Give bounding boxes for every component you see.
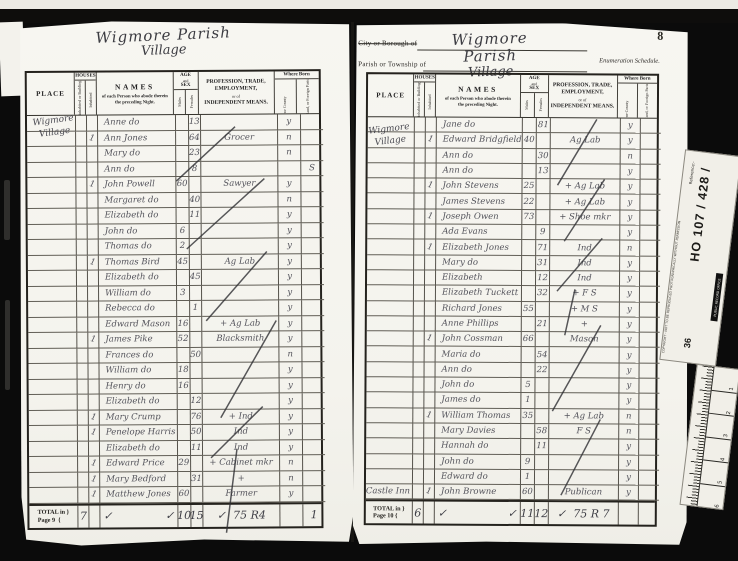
cell-prof: + Cabinet mkr bbox=[203, 455, 280, 471]
ruler-cell: 4 bbox=[703, 437, 731, 463]
handwritten-entry: n bbox=[286, 132, 292, 142]
handwritten-entry: Edward do bbox=[441, 472, 488, 482]
cell-place bbox=[28, 271, 77, 287]
cell-b2 bbox=[640, 317, 660, 332]
cell-place bbox=[367, 255, 414, 271]
cell-f bbox=[535, 470, 549, 485]
handwritten-entry: 40 bbox=[524, 135, 535, 145]
cell-b2 bbox=[301, 238, 324, 254]
cell-b1: y bbox=[279, 331, 302, 347]
cell-f bbox=[536, 195, 550, 210]
handwritten-entry: y bbox=[286, 117, 291, 127]
handwritten-entry: y bbox=[626, 457, 631, 467]
col-header-born-county: Whether Born in same County bbox=[617, 84, 637, 118]
handwritten-entry: 1 bbox=[89, 257, 97, 268]
col-header-born-foreign: Whether Born in Scotland, Ireland, or Fo… bbox=[297, 79, 319, 113]
cell-uninh bbox=[415, 163, 426, 178]
cell-inh: 1 bbox=[88, 333, 99, 349]
handwritten-entry: William do bbox=[105, 288, 151, 298]
cell-prof bbox=[202, 300, 279, 316]
cell-m bbox=[523, 149, 537, 164]
cell-f: 11 bbox=[535, 439, 549, 454]
handwritten-entry: Elizabeth do bbox=[106, 443, 160, 453]
total-check: ✓ bbox=[165, 509, 174, 522]
cell-b2 bbox=[640, 348, 660, 363]
cell-m bbox=[523, 118, 537, 133]
cell-b1: n bbox=[620, 241, 640, 256]
cell-m bbox=[522, 256, 536, 271]
census-table: PLACE HOUSES Uninhabited or Building Inh… bbox=[25, 69, 324, 529]
cell-uninh bbox=[414, 179, 425, 194]
cell-uninh bbox=[78, 395, 89, 411]
handwritten-entry: 21 bbox=[537, 319, 548, 329]
cell-inh bbox=[89, 395, 100, 411]
cell-b2 bbox=[301, 254, 324, 270]
handwritten-entry: 66 bbox=[523, 334, 534, 344]
cell-b2 bbox=[301, 269, 324, 285]
handwritten-entry: Ann do bbox=[104, 164, 134, 174]
census-page-right: City or Borough of Parish or Township of… bbox=[353, 22, 690, 548]
cell-b1: y bbox=[620, 226, 640, 241]
cell-b1: n bbox=[280, 471, 303, 487]
cell-name: John Browne bbox=[435, 485, 521, 501]
handwritten-entry: 30 bbox=[538, 151, 549, 161]
handwritten-entry: y bbox=[627, 365, 632, 375]
cell-b2 bbox=[302, 378, 325, 394]
cell-place bbox=[28, 255, 77, 271]
cell-place bbox=[366, 408, 413, 424]
cell-name: Anne Phillips bbox=[436, 316, 522, 332]
cell-prof bbox=[202, 207, 279, 223]
cell-place bbox=[366, 469, 413, 485]
cell-b2 bbox=[640, 287, 660, 302]
handwritten-entry: James Pike bbox=[105, 334, 152, 344]
cell-uninh bbox=[77, 364, 88, 380]
handwritten-entry: y bbox=[627, 212, 632, 222]
cell-b2 bbox=[302, 440, 325, 456]
cell-inh bbox=[424, 393, 435, 408]
ruler-number: 2 bbox=[726, 410, 732, 414]
cell-f bbox=[535, 485, 549, 500]
cell-f bbox=[536, 210, 550, 225]
cell-uninh bbox=[414, 332, 425, 347]
cell-inh: 1 bbox=[88, 255, 99, 271]
cell-name: Ann do bbox=[437, 163, 523, 179]
cell-b1: y bbox=[280, 486, 303, 502]
cell-place bbox=[368, 148, 415, 164]
cell-prof bbox=[202, 362, 279, 378]
handwritten-entry: y bbox=[628, 121, 633, 131]
cell-inh bbox=[425, 255, 436, 270]
cell-name: Elizabeth bbox=[436, 271, 522, 287]
handwritten-entry: n bbox=[626, 411, 632, 421]
cell-name: Ann do bbox=[98, 162, 176, 178]
cell-name: Maria do bbox=[436, 347, 522, 363]
cell-uninh bbox=[414, 225, 425, 240]
total-born-foreign: 1 bbox=[303, 504, 326, 526]
cell-f: 58 bbox=[535, 424, 549, 439]
handwritten-entry: 9 bbox=[540, 227, 545, 237]
handwritten-entry: Farmer bbox=[225, 489, 257, 499]
cell-prof: F S bbox=[549, 424, 619, 440]
cell-place bbox=[366, 393, 413, 409]
cell-b2 bbox=[640, 333, 660, 348]
cell-m bbox=[176, 192, 189, 208]
total-check: ✓ bbox=[508, 507, 517, 520]
handwritten-entry: Sawyer bbox=[223, 179, 255, 189]
cell-b1: y bbox=[619, 455, 639, 470]
film-edge-artifact bbox=[5, 300, 10, 390]
cell-prof: Ind bbox=[550, 241, 620, 257]
cell-inh bbox=[88, 348, 99, 364]
handwritten-entry: y bbox=[287, 303, 292, 313]
handwritten-entry: Grocer bbox=[224, 132, 254, 142]
handwritten-entry: Margaret do bbox=[104, 195, 158, 205]
handwritten-entry: n bbox=[288, 473, 294, 483]
cell-f: 8 bbox=[189, 161, 202, 177]
cell-place bbox=[29, 457, 78, 473]
film-top-band bbox=[0, 9, 738, 23]
handwritten-entry: + Ag Lab bbox=[220, 318, 260, 328]
handwritten-entry: 23 bbox=[189, 148, 200, 158]
cell-m: 66 bbox=[522, 332, 536, 347]
cell-m bbox=[521, 424, 535, 439]
page-title-handwritten: Wigmore Parish Village bbox=[93, 24, 234, 62]
cell-b1: y bbox=[621, 164, 641, 179]
handwritten-entry: 1 bbox=[90, 458, 98, 469]
cell-place bbox=[28, 286, 77, 302]
cell-uninh bbox=[77, 240, 88, 256]
handwritten-entry: Ind bbox=[234, 442, 248, 452]
handwritten-entry: Ag Lab bbox=[225, 256, 255, 266]
cell-inh bbox=[425, 316, 436, 331]
cell-prof bbox=[551, 164, 621, 180]
handwritten-entry: Elizabeth do bbox=[105, 210, 159, 220]
cell-prof bbox=[549, 455, 619, 471]
handwritten-entry: n bbox=[287, 349, 293, 359]
handwritten-entry: James do bbox=[441, 395, 480, 405]
handwritten-entry: n bbox=[286, 148, 292, 158]
ruler-number: 3 bbox=[723, 434, 729, 438]
cell-prof bbox=[551, 149, 621, 165]
handwritten-entry: Mary Davies bbox=[441, 426, 495, 436]
cell-m: 9 bbox=[521, 455, 535, 470]
cell-name: Elizabeth do bbox=[100, 441, 178, 457]
cell-uninh bbox=[414, 255, 425, 270]
cell-place bbox=[367, 194, 414, 210]
handwritten-entry: John Cossman bbox=[442, 334, 503, 344]
cell-f bbox=[191, 487, 204, 503]
cell-prof bbox=[201, 161, 278, 177]
cell-name: Rebecca do bbox=[99, 301, 177, 317]
handwritten-entry: y bbox=[627, 228, 632, 238]
col-header-males: Males bbox=[521, 93, 535, 117]
handwritten-entry: Ind bbox=[577, 273, 591, 283]
handwritten-entry: Ann Jones bbox=[104, 133, 147, 143]
cell-f: 21 bbox=[536, 317, 550, 332]
handwritten-entry: 55 bbox=[523, 304, 534, 314]
handwritten-entry: y bbox=[288, 396, 293, 406]
cell-inh bbox=[426, 163, 437, 178]
cell-b1: y bbox=[279, 362, 302, 378]
cell-b2 bbox=[640, 272, 660, 287]
cell-inh: 1 bbox=[424, 408, 435, 423]
cell-b1: y bbox=[621, 119, 641, 134]
cell-f bbox=[189, 239, 202, 255]
handwritten-entry: John Browne bbox=[441, 487, 496, 497]
cell-b2 bbox=[302, 347, 325, 363]
handwritten-entry: Mary do bbox=[104, 149, 140, 159]
handwritten-entry: + Cabinet mkr bbox=[209, 458, 273, 468]
handwritten-entry: Anne do bbox=[104, 118, 139, 128]
cell-inh: 1 bbox=[89, 488, 100, 504]
cell-f: 40 bbox=[189, 192, 202, 208]
handwritten-entry: 40 bbox=[189, 195, 200, 205]
cell-inh: 1 bbox=[89, 457, 100, 473]
cell-place bbox=[28, 209, 77, 225]
handwritten-entry: Elizabeth Tuckett bbox=[442, 288, 518, 298]
handwritten-entry: Mary Bedford bbox=[106, 474, 166, 484]
cell-place bbox=[367, 285, 414, 301]
col-header-profession: PROFESSION, TRADE, EMPLOYMENT, or of IND… bbox=[548, 75, 617, 117]
handwritten-entry: Ag Lab bbox=[570, 136, 600, 146]
cell-place bbox=[28, 364, 77, 380]
col-header-uninhabited: Uninhabited or Building bbox=[75, 81, 86, 115]
cell-f bbox=[190, 316, 203, 332]
cell-name: Edward Mason bbox=[99, 317, 177, 333]
cell-b2 bbox=[640, 210, 660, 225]
cell-b1: n bbox=[278, 145, 301, 161]
cell-b2 bbox=[639, 440, 659, 455]
handwritten-entry: 73 bbox=[523, 212, 534, 222]
cell-b2 bbox=[640, 180, 660, 195]
cell-uninh bbox=[78, 488, 89, 504]
cell-m bbox=[522, 317, 536, 332]
cell-prof: + Ag Lab bbox=[202, 316, 279, 332]
cell-m bbox=[523, 164, 537, 179]
cell-uninh bbox=[78, 472, 89, 488]
cell-f: 50 bbox=[190, 425, 203, 441]
cell-name: Elizabeth Jones bbox=[436, 240, 522, 256]
total-label: TOTAL in } Page 10 { bbox=[366, 502, 413, 524]
handwritten-entry: 35 bbox=[522, 411, 533, 421]
cell-uninh bbox=[414, 270, 425, 285]
handwritten-entry: y bbox=[628, 167, 633, 177]
cell-b2 bbox=[639, 470, 659, 485]
cell-inh bbox=[424, 378, 435, 393]
cell-uninh bbox=[77, 302, 88, 318]
cell-b1: y bbox=[619, 486, 639, 501]
cell-m: 2 bbox=[177, 239, 190, 255]
cell-prof bbox=[201, 192, 278, 208]
cell-m bbox=[522, 225, 536, 240]
col-header-born-foreign: Whether Born in Scotland, Ireland, or Fo… bbox=[637, 84, 657, 118]
cell-inh bbox=[425, 347, 436, 362]
cell-b1: y bbox=[620, 317, 640, 332]
cell-f: 1 bbox=[190, 301, 203, 317]
cell-name: William do bbox=[99, 286, 177, 302]
cell-m: 45 bbox=[177, 254, 190, 270]
cell-uninh bbox=[77, 255, 88, 271]
cell-inh: 1 bbox=[424, 485, 435, 500]
cell-place bbox=[28, 224, 77, 240]
handwritten-entry: y bbox=[288, 442, 293, 452]
cell-m: 60 bbox=[176, 177, 189, 193]
cell-prof: Mason bbox=[550, 332, 620, 348]
handwritten-entry: John do bbox=[441, 380, 474, 390]
public-record-office-bar: PUBLIC RECORD OFFICE bbox=[710, 273, 723, 321]
cell-place bbox=[27, 147, 76, 163]
handwritten-entry: Elizabeth do bbox=[105, 272, 159, 282]
handwritten-entry: y bbox=[627, 258, 632, 268]
cell-f bbox=[536, 179, 550, 194]
cell-b1: n bbox=[621, 149, 641, 164]
cell-b1: y bbox=[619, 379, 639, 394]
cell-uninh bbox=[413, 485, 424, 500]
cell-b2 bbox=[639, 409, 659, 424]
cell-uninh bbox=[413, 408, 424, 423]
cell-prof: Publican bbox=[549, 485, 619, 501]
city-or-borough-label: City or Borough of bbox=[358, 39, 417, 47]
cell-place bbox=[367, 240, 414, 256]
cell-name: William do bbox=[99, 363, 177, 379]
handwritten-entry: 45 bbox=[190, 272, 201, 282]
cell-b1: y bbox=[620, 210, 640, 225]
handwritten-entry: Joseph Owen bbox=[442, 212, 498, 222]
cell-prof: Ind bbox=[550, 271, 620, 287]
total-tally: ✓ 75 R 7 bbox=[549, 503, 619, 525]
cell-uninh bbox=[414, 240, 425, 255]
cell-name: Mary do bbox=[436, 255, 522, 271]
cell-f: 11 bbox=[190, 440, 203, 456]
handwritten-entry: 29 bbox=[178, 458, 189, 468]
cell-place bbox=[27, 193, 76, 209]
cell-m bbox=[522, 271, 536, 286]
handwritten-entry: 52 bbox=[178, 334, 189, 344]
handwritten-entry: Ind bbox=[578, 243, 592, 253]
handwritten-entry: 1 bbox=[426, 333, 434, 344]
cell-b1: n bbox=[280, 455, 303, 471]
cell-place bbox=[367, 347, 414, 363]
handwritten-entry: 9 bbox=[525, 457, 530, 467]
cell-uninh bbox=[413, 469, 424, 484]
ruler-number: 4 bbox=[720, 457, 726, 461]
cell-m bbox=[176, 146, 189, 162]
cell-prof bbox=[201, 114, 278, 130]
cell-inh bbox=[424, 439, 435, 454]
cell-place bbox=[29, 379, 78, 395]
cell-name: Ann Jones bbox=[98, 131, 176, 147]
cell-f: 12 bbox=[536, 271, 550, 286]
table-header: PLACE HOUSES Uninhabited or Building Inh… bbox=[27, 71, 319, 116]
handwritten-entry: y bbox=[287, 225, 292, 235]
handwritten-entry: Edward Price bbox=[106, 458, 165, 468]
handwritten-entry: Elizabeth bbox=[442, 273, 483, 283]
cell-place bbox=[28, 317, 77, 333]
cell-m: 22 bbox=[522, 194, 536, 209]
cell-place bbox=[367, 316, 414, 332]
cell-f: 31 bbox=[191, 471, 204, 487]
handwritten-entry: Thomas do bbox=[105, 241, 152, 251]
cell-b2 bbox=[301, 130, 324, 146]
handwritten-entry: + bbox=[581, 319, 588, 329]
cell-name: Ann do bbox=[436, 362, 522, 378]
ruler-cell: 2 bbox=[709, 390, 737, 416]
cell-m: 6 bbox=[177, 223, 190, 239]
cell-f: 30 bbox=[537, 149, 551, 164]
cell-m bbox=[178, 409, 191, 425]
handwritten-entry: 16 bbox=[178, 319, 189, 329]
cell-uninh bbox=[76, 162, 87, 178]
cell-name: John Cossman bbox=[436, 332, 522, 348]
handwritten-entry: y bbox=[626, 488, 631, 498]
cell-prof: Ind bbox=[203, 440, 280, 456]
cell-place bbox=[366, 377, 413, 393]
handwritten-entry: 1 bbox=[88, 133, 96, 144]
ruler-number: 6 bbox=[714, 504, 720, 508]
cell-uninh bbox=[414, 347, 425, 362]
handwritten-entry: 12 bbox=[537, 273, 548, 283]
cell-name: Ann do bbox=[437, 148, 523, 164]
cell-name: John Stevens bbox=[436, 179, 522, 195]
cell-b2 bbox=[301, 192, 324, 208]
cell-b1: y bbox=[279, 269, 302, 285]
cell-inh: 1 bbox=[425, 209, 436, 224]
cell-m bbox=[178, 425, 191, 441]
cell-b2 bbox=[301, 145, 324, 161]
cell-b2 bbox=[300, 114, 323, 130]
cell-inh bbox=[87, 116, 98, 132]
handwritten-entry: y bbox=[627, 381, 632, 391]
cell-b2 bbox=[302, 393, 325, 409]
cell-b1: y bbox=[620, 348, 640, 363]
handwritten-entry: Ind bbox=[577, 258, 591, 268]
cell-uninh bbox=[414, 362, 425, 377]
cell-uninh bbox=[414, 194, 425, 209]
handwritten-entry: y bbox=[627, 320, 632, 330]
cell-b2 bbox=[640, 256, 660, 271]
cell-b2 bbox=[302, 424, 325, 440]
cell-prof: + Ag Lab bbox=[550, 179, 620, 195]
cell-f: 81 bbox=[537, 118, 551, 133]
cell-m bbox=[177, 270, 190, 286]
parish-or-township-label: Parish or Township of bbox=[358, 60, 426, 68]
cell-place bbox=[28, 333, 77, 349]
cell-f: 13 bbox=[537, 164, 551, 179]
cell-m: 25 bbox=[522, 179, 536, 194]
page-number: 8 bbox=[657, 29, 663, 44]
cell-b1: y bbox=[620, 271, 640, 286]
cell-prof bbox=[201, 145, 278, 161]
cell-name: Mary Davies bbox=[435, 423, 521, 439]
cell-b2 bbox=[639, 486, 659, 501]
cell-f: 50 bbox=[190, 347, 203, 363]
cell-name: Hannah do bbox=[435, 439, 521, 455]
total-check: ✓ bbox=[438, 506, 447, 519]
cell-name: Edward Price bbox=[100, 456, 178, 472]
cell-b1: y bbox=[279, 207, 302, 223]
cell-f bbox=[189, 177, 202, 193]
place-label: PLACE bbox=[36, 90, 65, 98]
total-houses: 6 bbox=[413, 502, 424, 524]
handwritten-entry: F S bbox=[576, 426, 590, 436]
handwritten-entry: John Stevens bbox=[442, 181, 498, 191]
cell-m bbox=[522, 363, 536, 378]
cell-b1: n bbox=[619, 424, 639, 439]
handwritten-entry: y bbox=[287, 210, 292, 220]
cell-f: 54 bbox=[536, 348, 550, 363]
handwritten-entry: 54 bbox=[537, 350, 548, 360]
